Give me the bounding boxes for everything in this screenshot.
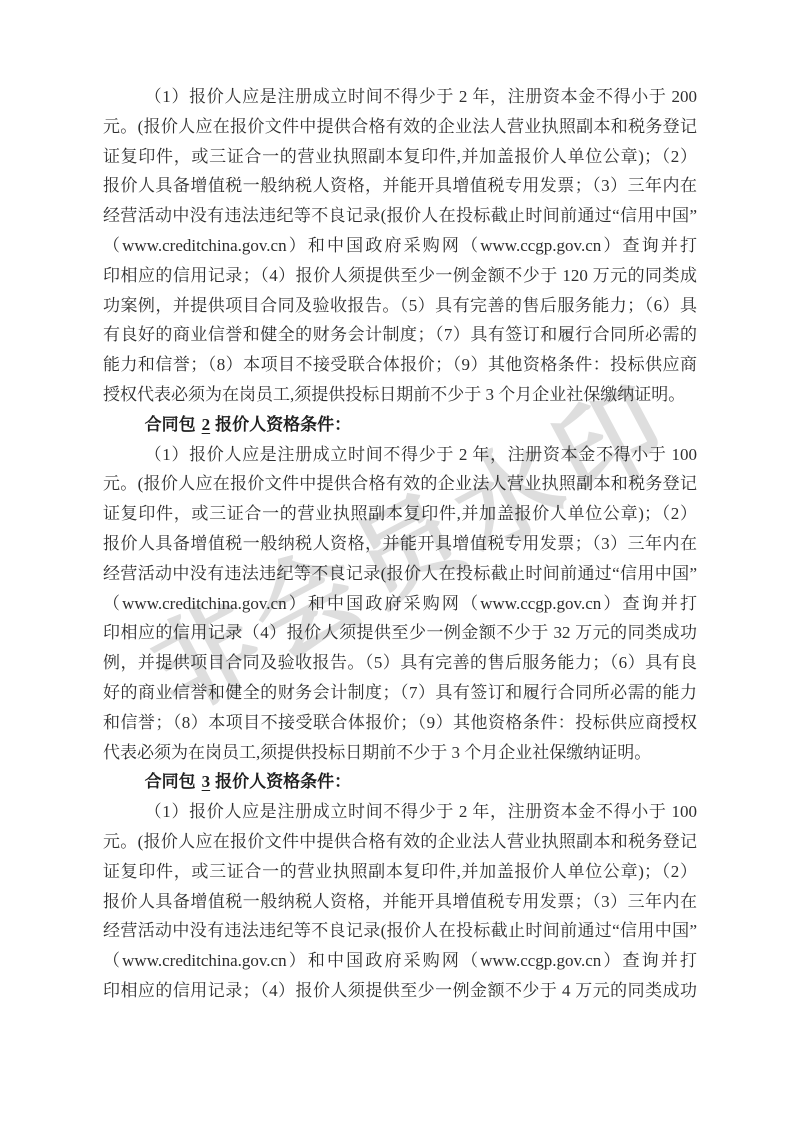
text-line: （1）报价人应是注册成立时间不得少于 2 年，注册资本金不得小于 200 万 (103, 82, 697, 112)
text-line: 元。(报价人应在报价文件中提供合格有效的企业法人营业执照副本和税务登记 (103, 469, 697, 499)
text-line: 印相应的信用记录（4）报价人须提供至少一例金额不少于 32 万元的同类成功案 (103, 618, 697, 648)
text-line: 印相应的信用记录；（4）报价人须提供至少一例金额不少于 120 万元的同类成 (103, 261, 697, 291)
text-line: 代表必须为在岗员工,须提供投标日期前不少于 3 个月企业社保缴纳证明。 (103, 738, 697, 768)
text-line: 证复印件，或三证合一的营业执照副本复印件,并加盖报价人单位公章)；（2） (103, 499, 697, 529)
text-line: 和信誉；（8）本项目不接受联合体报价；（9）其他资格条件：投标供应商授权 (103, 708, 697, 738)
text-line: 证复印件，或三证合一的营业执照副本复印件,并加盖报价人单位公章)；（2） (103, 142, 697, 172)
text-line: 例，并提供项目合同及验收报告。（5）具有完善的售后服务能力；（6）具有良 (103, 648, 697, 678)
text-line: 报价人具备增值税一般纳税人资格，并能开具增值税专用发票；（3）三年内在 (103, 529, 697, 559)
text-line: （www.creditchina.gov.cn）和中国政府采购网（www.ccg… (103, 589, 697, 619)
section-heading: 合同包2报价人资格条件： (103, 410, 697, 440)
text-line: 印相应的信用记录；（4）报价人须提供至少一例金额不少于 4 万元的同类成功 (103, 976, 697, 1006)
document-page: 非会员水印 （1）报价人应是注册成立时间不得少于 2 年，注册资本金不得小于 2… (0, 0, 793, 1121)
text-line: 有良好的商业信誉和健全的财务会计制度；（7）具有签订和履行合同所必需的 (103, 320, 697, 350)
text-line: 报价人具备增值税一般纳税人资格，并能开具增值税专用发票；（3）三年内在 (103, 887, 697, 917)
heading-prefix: 合同包 (145, 772, 196, 791)
text-line: 授权代表必须为在岗员工,须提供投标日期前不少于 3 个月企业社保缴纳证明。 (103, 380, 697, 410)
text-line: 元。(报价人应在报价文件中提供合格有效的企业法人营业执照副本和税务登记 (103, 112, 697, 142)
text-line: （1）报价人应是注册成立时间不得少于 2 年，注册资本金不得小于 100 万 (103, 797, 697, 827)
text-line: 报价人具备增值税一般纳税人资格，并能开具增值税专用发票；（3）三年内在 (103, 171, 697, 201)
text-line: 功案例，并提供项目合同及验收报告。（5）具有完善的售后服务能力；（6）具 (103, 291, 697, 321)
document-content: （1）报价人应是注册成立时间不得少于 2 年，注册资本金不得小于 200 万元。… (103, 82, 697, 1006)
heading-suffix: 报价人资格条件： (215, 772, 351, 791)
text-line: （www.creditchina.gov.cn）和中国政府采购网（www.ccg… (103, 231, 697, 261)
text-line: 能力和信誉；（8）本项目不接受联合体报价；（9）其他资格条件：投标供应商 (103, 350, 697, 380)
heading-prefix: 合同包 (145, 415, 196, 434)
text-line: 元。(报价人应在报价文件中提供合格有效的企业法人营业执照副本和税务登记 (103, 827, 697, 857)
section-heading: 合同包3报价人资格条件： (103, 767, 697, 797)
text-line: 好的商业信誉和健全的财务会计制度；（7）具有签订和履行合同所必需的能力 (103, 678, 697, 708)
package-number: 3 (196, 772, 216, 791)
text-line: 证复印件，或三证合一的营业执照副本复印件,并加盖报价人单位公章)；（2） (103, 857, 697, 887)
heading-suffix: 报价人资格条件： (215, 415, 351, 434)
text-line: 经营活动中没有违法违纪等不良记录(报价人在投标截止时间前通过“信用中国” (103, 916, 697, 946)
package-number: 2 (196, 415, 216, 434)
text-line: （1）报价人应是注册成立时间不得少于 2 年，注册资本金不得小于 100 万 (103, 440, 697, 470)
text-line: （www.creditchina.gov.cn）和中国政府采购网（www.ccg… (103, 946, 697, 976)
text-line: 经营活动中没有违法违纪等不良记录(报价人在投标截止时间前通过“信用中国” (103, 201, 697, 231)
text-line: 经营活动中没有违法违纪等不良记录(报价人在投标截止时间前通过“信用中国” (103, 559, 697, 589)
